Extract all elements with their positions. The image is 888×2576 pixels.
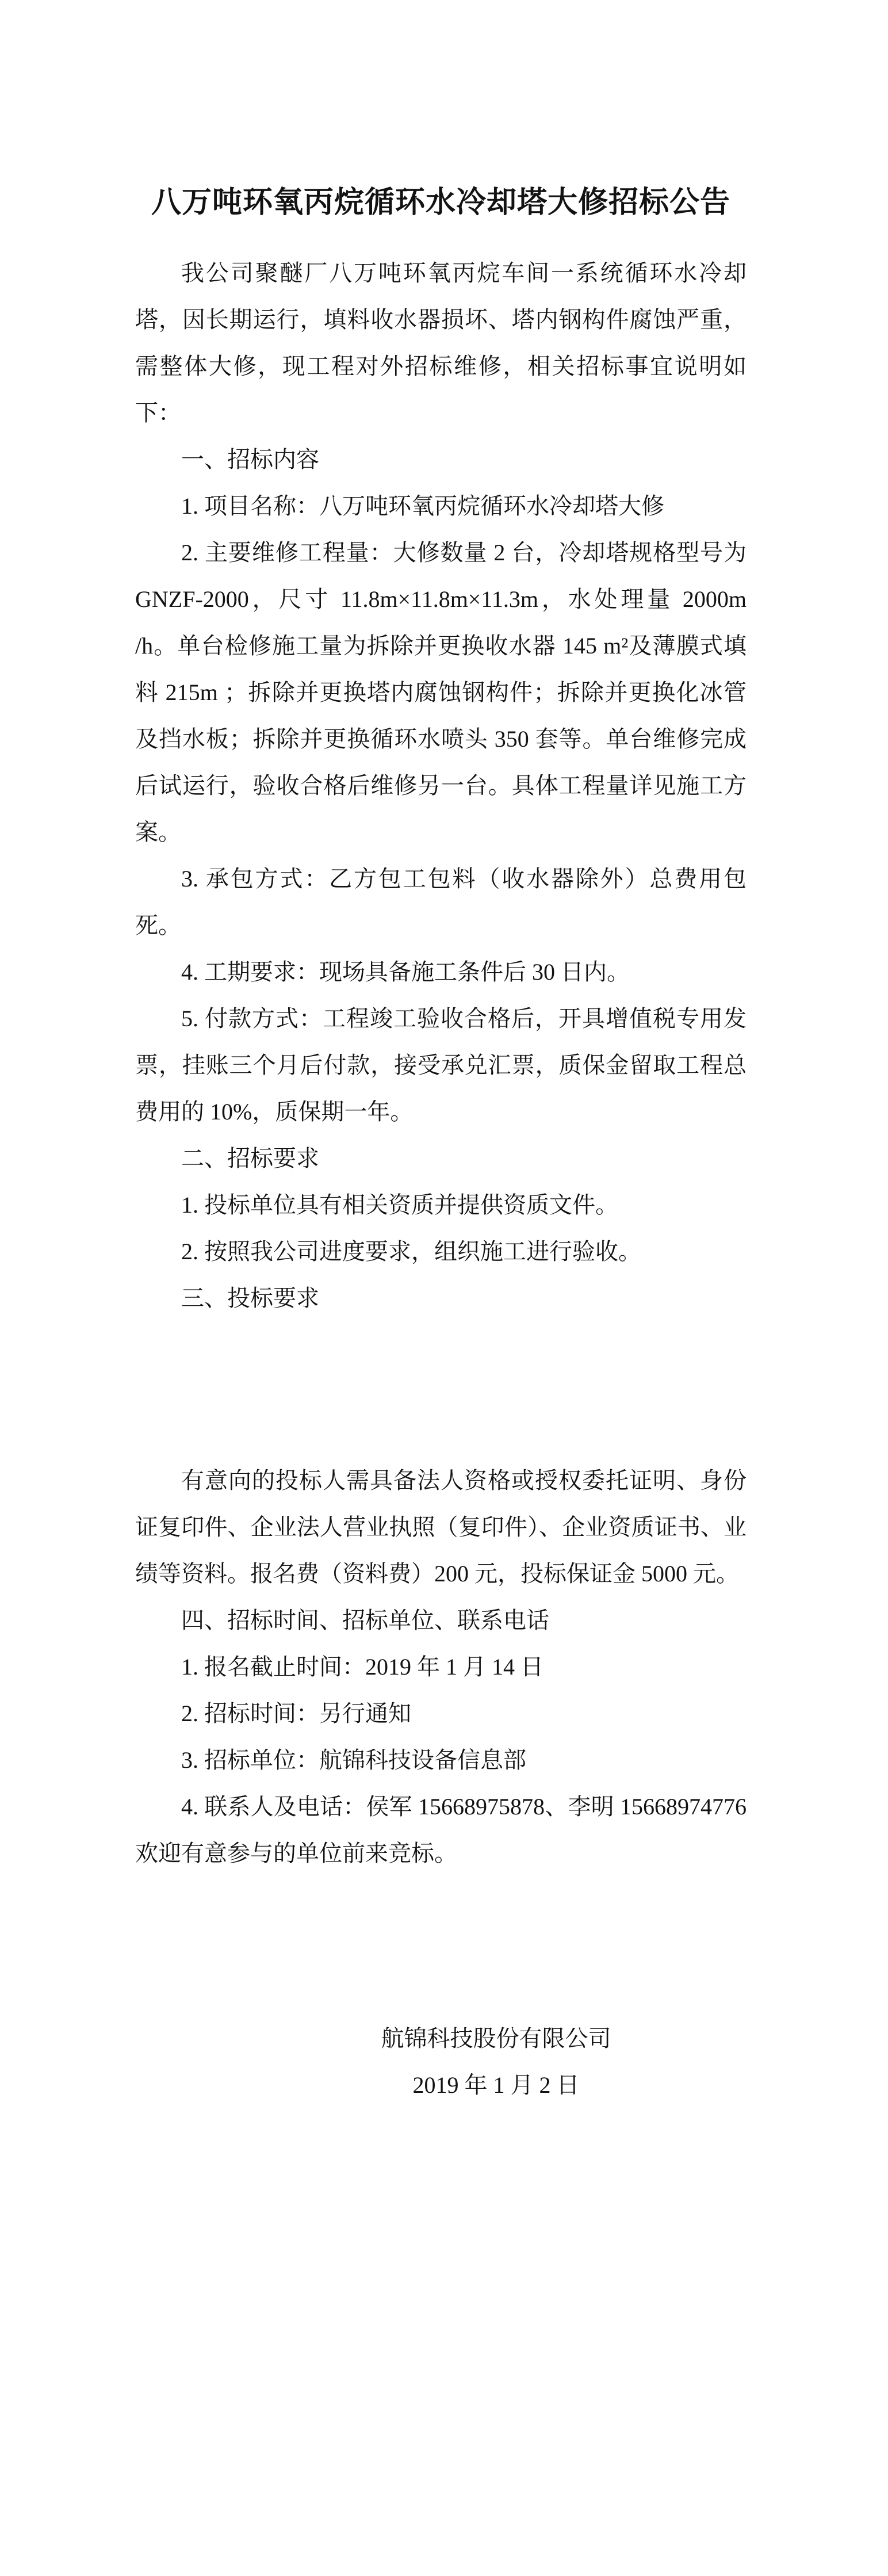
signature-company: 航锦科技股份有限公司 <box>190 2015 802 2062</box>
item-contracting-method: 3. 承包方式：乙方包工包料（收水器除外）总费用包死。 <box>135 855 747 949</box>
item-tender-time: 2. 招标时间：另行通知 <box>135 1690 747 1737</box>
document-title: 八万吨环氧丙烷循环水冷却塔大修招标公告 <box>135 183 747 223</box>
heading-bid-requirements: 三、投标要求 <box>135 1275 747 1321</box>
item-construction-period: 4. 工期要求：现场具备施工条件后 30 日内。 <box>135 949 747 995</box>
heading-time-unit-contact: 四、招标时间、招标单位、联系电话 <box>135 1597 747 1644</box>
item-schedule-acceptance: 2. 按照我公司进度要求，组织施工进行验收。 <box>135 1228 747 1275</box>
heading-tender-requirements: 二、招标要求 <box>135 1135 747 1182</box>
paragraph-welcome: 欢迎有意参与的单位前来竞标。 <box>135 1830 747 1876</box>
document-page: 八万吨环氧丙烷循环水冷却塔大修招标公告 我公司聚醚厂八万吨环氧丙烷车间一系统循环… <box>0 0 888 2576</box>
item-registration-deadline: 1. 报名截止时间：2019 年 1 月 14 日 <box>135 1644 747 1690</box>
item-payment-terms: 5. 付款方式：工程竣工验收合格后，开具增值税专用发票，挂账三个月后付款，接受承… <box>135 995 747 1135</box>
intro-paragraph: 我公司聚醚厂八万吨环氧丙烷车间一系统循环水冷却塔，因长期运行，填料收水器损坏、塔… <box>135 250 747 436</box>
item-contacts: 4. 联系人及电话：侯军 15668975878、李明 15668974776 <box>135 1783 747 1830</box>
signature-block: 航锦科技股份有限公司 2019 年 1 月 2 日 <box>190 2015 802 2108</box>
heading-tender-content: 一、招标内容 <box>135 436 747 483</box>
paragraph-bidder-materials: 有意向的投标人需具备法人资格或授权委托证明、身份证复印件、企业法人营业执照（复印… <box>135 1457 747 1597</box>
item-bidder-qualification: 1. 投标单位具有相关资质并提供资质文件。 <box>135 1182 747 1228</box>
signature-date: 2019 年 1 月 2 日 <box>190 2062 802 2108</box>
item-project-name: 1. 项目名称：八万吨环氧丙烷循环水冷却塔大修 <box>135 483 747 529</box>
document-body: 八万吨环氧丙烷循环水冷却塔大修招标公告 我公司聚醚厂八万吨环氧丙烷车间一系统循环… <box>0 0 888 2108</box>
item-tender-unit: 3. 招标单位：航锦科技设备信息部 <box>135 1737 747 1783</box>
item-scope-of-work: 2. 主要维修工程量：大修数量 2 台，冷却塔规格型号为 GNZF-2000，尺… <box>135 529 747 855</box>
